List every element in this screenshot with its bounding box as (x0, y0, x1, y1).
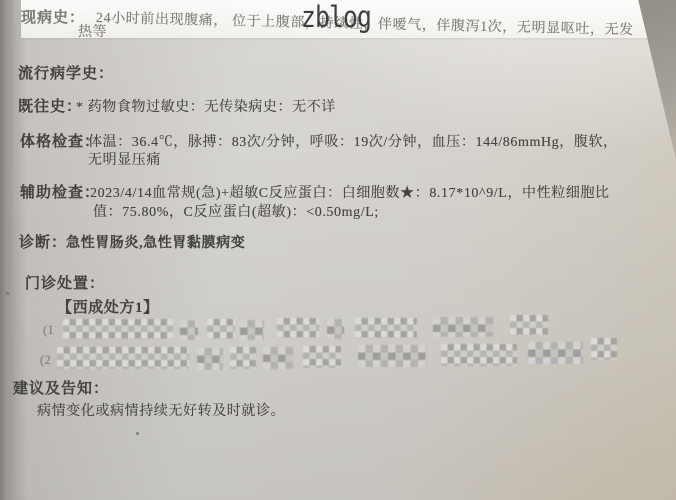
pixelated-block (528, 342, 583, 364)
auxiliary-exam-line1: 2023/4/14血常规(急)+超敏C反应蛋白：白细胞数★：8.17*10^9/… (90, 182, 610, 202)
rx-line2-prefix: (2 (40, 352, 51, 368)
pixelated-block (355, 318, 417, 338)
pixelated-block (263, 347, 293, 369)
label-auxiliary-exam: 辅助检查： (20, 181, 100, 202)
physical-exam-line2: 无明显压痛 (88, 149, 161, 169)
paper-speck (136, 432, 139, 435)
label-present-illness: 现病史： (21, 6, 85, 27)
pixelated-block (197, 348, 223, 370)
pixelated-block (510, 315, 548, 335)
pixelated-block (63, 319, 173, 339)
label-past-history: 既往史： (18, 95, 82, 116)
label-epidemiology: 流行病学史： (18, 62, 114, 83)
pixelated-block (180, 320, 198, 340)
pixelated-block (433, 317, 493, 337)
past-history-line1: * 药物食物过敏史：无传染病史：无不详 (76, 96, 336, 116)
physical-exam-line1: 体温：36.4℃，脉搏：83次/分钟，呼吸：19次/分钟，血压：144/86mm… (88, 131, 618, 151)
advice-line1: 病情变化或病情持续无好转及时就诊。 (37, 400, 285, 420)
pixelated-block (230, 347, 256, 369)
paper-speck (6, 292, 9, 295)
auxiliary-exam-line2: 值：75.80%，C反应蛋白(超敏)：<0.50mg/L; (93, 201, 379, 221)
diagnosis-line1: 急性胃肠炎,急性胃黏膜病变 (66, 232, 245, 252)
label-disposition: 门诊处置： (25, 272, 105, 293)
pixelated-block (57, 347, 189, 369)
pixelated-block (303, 346, 341, 368)
pixelated-block (591, 338, 617, 360)
pixelated-block (358, 345, 426, 367)
medical-record-photo: 现病史： 24小时前出现腹痛， 位于上腹部，持续性，伴嗳气，伴腹泻1次，无明显呕… (0, 0, 676, 500)
label-diagnosis: 诊断： (19, 231, 67, 252)
pixelated-block (240, 320, 264, 340)
prescription-header: 【西成处方1】 (57, 296, 159, 317)
pixelated-block (277, 318, 319, 338)
rx-line1-prefix: (1 (43, 322, 54, 338)
pixelated-block (207, 319, 235, 339)
pixelated-block (327, 319, 344, 339)
watermark-text: zblog (301, 0, 371, 34)
label-advice: 建议及告知： (13, 377, 109, 398)
pixelated-block (441, 344, 517, 366)
document-text: 现病史： 24小时前出现腹痛， 位于上腹部，持续性，伴嗳气，伴腹泻1次，无明显呕… (0, 0, 676, 500)
present-illness-line2: 热等 (78, 21, 107, 41)
